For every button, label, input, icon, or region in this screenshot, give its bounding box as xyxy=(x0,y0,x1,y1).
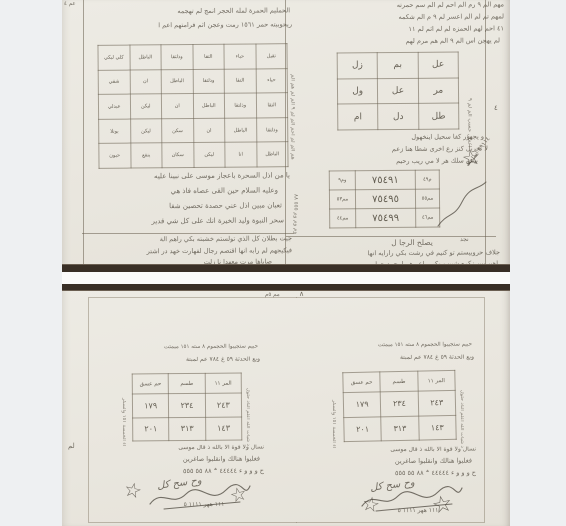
grid-cell: تقبل xyxy=(255,44,287,69)
signature-line: ١١١ ههر ١١١١ ٥ xyxy=(156,502,252,510)
quran-line: فغلبوا هنالك وانقلبوا صاغرين xyxy=(128,456,260,464)
number-square-grid: م٤٩ ٧٥٤٩١ وم٩ مم٥٥ ٧٥٤٩٥ مم٥٣ مم٤٦ ٧٥٤٩٩… xyxy=(329,170,441,229)
grid-cell: التقا xyxy=(192,44,224,69)
grid-row: عل بم زل xyxy=(337,52,458,79)
grid-cell: كلي لبكي xyxy=(98,45,130,70)
grid-cell: عل xyxy=(378,78,419,104)
grid-cell: زل xyxy=(337,53,378,79)
grid-row: التقا وذلتقا الباطل ان ليكن عبدلي xyxy=(98,93,287,119)
page-header-line: لم يهجن اس الم ٩ الم هم مرم لهم xyxy=(312,37,500,46)
top-scan: عم ٤ الحمليم الحمرة لمله الحجر انمج لم ت… xyxy=(62,0,510,272)
grid-cell: ان xyxy=(130,69,162,94)
talisman-number-grid: المر ١١ طسم حم عسق ٢٤٣ ٢٣٤ ١٧٩ ١٤٣ ٣١٣ ٢… xyxy=(132,373,243,442)
grid-row: م٤٩ ٧٥٤٩١ وم٩ xyxy=(329,170,439,190)
section-heading: يصلح الرجا ل xyxy=(352,239,472,248)
grid-row: ١٤٣ ٣١٣ ٢٠١ xyxy=(133,417,242,441)
grid-cell: مم٥٣ xyxy=(329,190,355,209)
grid-cell: الباطل xyxy=(193,93,225,118)
talisman-header-line: حبيم ستجيبوا الحجموم ٨ سته ١٥١ ميمتت xyxy=(338,342,472,349)
grid-cell: وم٩ xyxy=(329,171,355,190)
symbols-row: ح و و و ء ٤٤٤٤٤ ؞ ٨٨ ٥٥ ٥٥٥ xyxy=(336,470,476,478)
grid-cell: ١٤٣ xyxy=(418,415,456,440)
scanned-manuscript-viewer: عم ٤ الحمليم الحمرة لمله الحجر انمج لم ت… xyxy=(0,0,566,526)
grid-cell: بم xyxy=(378,52,419,78)
grid-cell: ليكن xyxy=(130,94,162,119)
grid-cell: ٢٠١ xyxy=(133,417,170,441)
footer-line: جلاف حروبيستم تو كنيم في رشت بكي رارايه … xyxy=(294,249,500,258)
grid-cell: سكان xyxy=(162,143,194,168)
grid-left-margin-note: اء الخمسة ١٥١ والسكر xyxy=(330,370,336,448)
grid-cell: حباء xyxy=(256,68,288,93)
grid-cell: ان xyxy=(193,118,225,143)
right-page-border-line xyxy=(485,0,486,265)
grid-row: طل دل ام xyxy=(338,103,459,130)
grid-cell: ٢٤٣ xyxy=(418,390,456,415)
grid-right-margin-note: د شبات الله اعلم الناد حلول xyxy=(244,372,250,446)
grid-cell: ٢٣٤ xyxy=(169,393,206,417)
left-margin-vertical-note: هم الم لم احم الم لم ٩ الم لم هم الم xyxy=(289,32,295,160)
grid-cell: الباطل xyxy=(129,45,161,70)
left-margin-vertical-scribble: وم وم وم ٥٥٥ ٨٨ xyxy=(292,162,298,234)
section-divider-line xyxy=(82,233,294,234)
scan-strip: عم ٤ الحمليم الحمرة لمله الحجر انمج لم ت… xyxy=(62,0,510,526)
grid-cell: طسم xyxy=(169,373,206,393)
invocation-line: يا من اذل السحرة باعجاز موسى على نبينا ع… xyxy=(94,171,290,180)
grid-cell: سكن xyxy=(162,118,194,143)
corner-annotation: عم ٤ xyxy=(64,1,76,7)
word-square-grid: تقبل حباء التقا وذلتقا الباطل كلي لبكي ح… xyxy=(97,43,288,169)
grid-cell: مم٤٤ xyxy=(330,209,356,228)
grid-cell: ٢٤٣ xyxy=(205,393,242,417)
grid-row: تقبل حباء التقا وذلتقا الباطل كلي لبكي xyxy=(98,44,287,70)
grid-cell: عبدلي xyxy=(98,94,130,119)
diagonal-flourish-scribble xyxy=(434,178,490,230)
pentagram-doodle-icon: ☆ xyxy=(460,147,482,171)
grid-row: مم٥٥ ٧٥٤٩٥ مم٥٣ xyxy=(329,189,439,209)
invocation-line: ثعبان مبين اذل عني حصدة تحصين شفا xyxy=(92,201,282,210)
page-header-line: ٤١ احم لهم الحمزه لم لم اثم لم ١١ xyxy=(308,25,504,34)
grid-row: حباء التقا وذلتقا الباطل ان شقي xyxy=(98,68,287,94)
grid-cell: ٣١٣ xyxy=(381,416,419,441)
grid-row: ٢٤٣ ٢٣٤ ١٧٩ xyxy=(132,393,241,417)
grid-left-margin-note: اء الخمسة ١٥١ والسكر xyxy=(120,372,126,446)
grid-cell: عل xyxy=(418,52,459,78)
grid-cell: ينفع xyxy=(130,143,162,168)
grid-cell: ١٧٩ xyxy=(343,392,381,417)
signature-line: ١١١ ههر ١١١١ ٥ xyxy=(370,508,466,516)
margin-word: نجد xyxy=(460,237,469,244)
grid-cell: ليكن xyxy=(193,143,225,168)
grid-cell: ١٧٩ xyxy=(132,394,169,418)
mid-text-line: بيس سلك هر لا مي ريب رحيم xyxy=(328,157,478,166)
invocation-line: وعليه السلام حين القى عصاه فاذ هي xyxy=(98,186,278,195)
grid-cell: حبون xyxy=(99,143,131,168)
grid-cell: المر ١١ xyxy=(205,373,242,393)
grid-cell: مر xyxy=(418,78,459,104)
letter-square-grid: عل بم زل مر عل ول طل دل ام xyxy=(337,51,460,130)
grid-cell: ٧٥٤٩٩ xyxy=(356,208,416,228)
page-header-line: لمهم تم لم الم اعسر لم ٩ م الم شكمه xyxy=(306,13,504,22)
invocation-line: سحر النبوة وليد الخيرة انك على كل شي قدي… xyxy=(100,216,284,225)
grid-cell: طسم xyxy=(380,371,418,392)
page-header-line: مهم الم ٩ رم الم احم لم الم سم حمرته xyxy=(310,1,504,10)
grid-cell: الباطل xyxy=(256,142,288,167)
grid-cell: التقا xyxy=(256,93,288,118)
talisman-number-grid: المر ١١ طسم حم عسق ٢٤٣ ٢٣٤ ١٧٩ ١٤٣ ٣١٣ ٢… xyxy=(342,370,456,442)
grid-cell: وذلتقا xyxy=(256,117,288,142)
pentagram-doodle-icon: ☆ xyxy=(430,492,455,519)
right-margin-vertical-note: اعمال حسب الم لم ٩ xyxy=(466,52,472,148)
left-page-border-line xyxy=(83,0,84,265)
grid-row: ١٤٣ ٣١٣ ٢٠١ xyxy=(344,415,456,442)
quran-line: فغلبوا هنالك وانقلبوا صاغرين xyxy=(340,458,472,466)
grid-cell: ام xyxy=(338,104,379,130)
talisman-header-line: وبع الحدثة ٥٩ غ ٧٨٤ عم لمبتة xyxy=(122,357,260,365)
grid-cell: المر ١١ xyxy=(417,370,455,391)
grid-cell: دل xyxy=(378,104,419,130)
page-header-line: ريحوببته حمر ١٥٦١ رمت وعجن اثم فرامتهم ا… xyxy=(88,21,292,30)
grid-cell: الباطل xyxy=(161,69,193,94)
talisman-header-line: وبع الحدثة ٥٩ غ ٧٨٤ عم لمبتة xyxy=(334,355,474,363)
mid-text-line: و يجهور كفا سحيل اينخهول xyxy=(324,133,484,142)
grid-row: الباطل انا ليكن سكان ينفع حبون xyxy=(99,142,288,168)
grid-row: ٢٤٣ ٢٣٤ ١٧٩ xyxy=(343,390,455,417)
grid-cell: ٧٥٤٩١ xyxy=(355,170,415,190)
grid-row: المر ١١ طسم حم عسق xyxy=(343,370,455,392)
grid-right-margin-note: د شبات الله اعلم الناد حلول xyxy=(458,370,464,448)
bottom-scan: مم ٥م ∧ لم حبيم ستجيبوا الحجموم ٨ سته ١٥… xyxy=(62,284,510,526)
scan-edge-band xyxy=(62,264,510,272)
quran-line: نسال ولا قوة الا بالله ذ قال موسى xyxy=(336,447,476,455)
grid-cell: ان xyxy=(161,94,193,119)
grid-row: وذلتقا الباطل ان سكن ليكن بونلا xyxy=(99,117,288,143)
grid-cell: ٢٠١ xyxy=(344,416,382,441)
grid-cell: انا xyxy=(225,142,257,167)
grid-cell: الباطل xyxy=(225,118,257,143)
grid-row: مر عل ول xyxy=(337,78,458,105)
grid-cell: ليكن xyxy=(130,119,162,144)
grid-cell: ٢٣٤ xyxy=(381,391,419,416)
grid-cell: التقا xyxy=(224,69,256,94)
talisman-header-line: حبيم ستجيبوا الحجموم ٨ سته ١٥١ ميمتت xyxy=(126,344,258,351)
quran-line: نسال ولا قوة الا بالله ذ قال موسى xyxy=(124,445,264,453)
footer-line: فيكيجهم لم رابه انها اقتصم رجال لفهارت خ… xyxy=(84,247,292,256)
grid-cell: حباء xyxy=(224,44,256,69)
grid-row: المر ١١ طسم حم عسق xyxy=(132,373,241,394)
grid-cell: حم عسق xyxy=(132,374,169,394)
grid-cell: وذلتقا xyxy=(193,69,225,94)
grid-cell: ٣١٣ xyxy=(169,417,206,441)
grid-row: مم٤٦ ٧٥٤٩٩ مم٤٤ xyxy=(330,208,440,228)
grid-cell: ٧٥٤٩٥ xyxy=(355,189,415,209)
grid-cell: وذلتقا xyxy=(224,93,256,118)
grid-cell: ول xyxy=(337,78,378,104)
grid-cell: ١٤٣ xyxy=(205,417,242,441)
grid-cell: شقي xyxy=(98,70,130,95)
left-margin-annotation: لم xyxy=(68,442,75,450)
grid-cell: وذلتقا xyxy=(161,45,193,70)
page-fold-line xyxy=(285,0,286,265)
symbols-row: ح و و و ء ٤٤٤٤٤ ؞ ٨٨ ٥٥ ٥٥٥ xyxy=(124,468,264,476)
footer-line: جبت بطلان كل الذي تولستم خشبته بكي راهم … xyxy=(86,235,292,244)
grid-cell: حم عسق xyxy=(343,372,381,393)
page-header-line: الحمليم الحمرة لمله الحجر انمج لم تهجمه xyxy=(92,7,290,16)
page-number-annotation: ٤ xyxy=(494,104,498,112)
grid-cell: طل xyxy=(418,103,459,129)
scan-edge-band xyxy=(62,284,510,291)
grid-cell: بونلا xyxy=(99,119,131,144)
